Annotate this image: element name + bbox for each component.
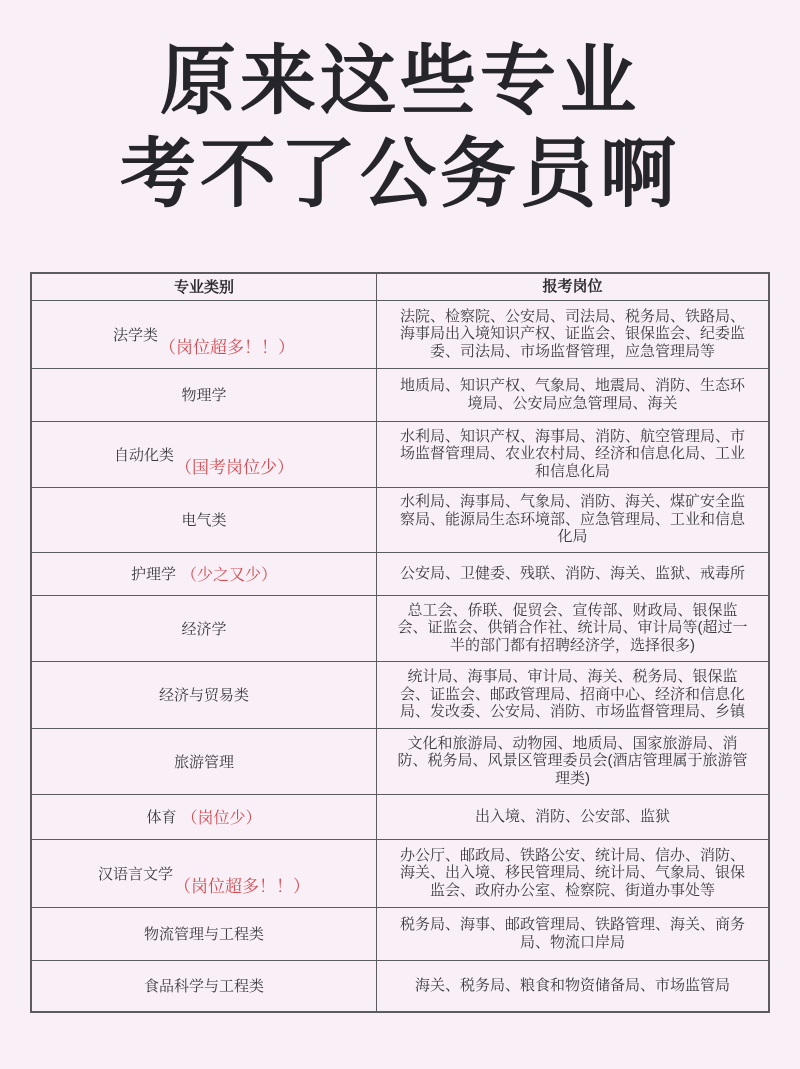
positions-cell: 法院、检察院、公安局、司法局、税务局、铁路局、海事局出入境知识产权、证监会、银保… (377, 301, 768, 368)
positions-cell: 文化和旅游局、动物园、地质局、国家旅游局、消防、税务局、风景区管理委员会(酒店管… (377, 729, 768, 794)
major-category-cell: 电气类 (32, 488, 377, 552)
table-row-food-science: 食品科学与工程类 海关、税务局、粮食和物资储备局、市场监管局 (32, 960, 768, 1011)
page-title-line-2: 考不了公务员啊 (0, 129, 800, 222)
header-major-category: 专业类别 (32, 274, 377, 300)
positions-cell: 统计局、海事局、审计局、海关、税务局、银保监会、证监会、邮政管理局、招商中心、经… (377, 662, 768, 728)
poster-page: { "title": { "line1": "原来这些专业", "line2":… (0, 0, 800, 1069)
major-category-label: 物流管理与工程类 (144, 923, 264, 944)
major-category-label: 旅游管理 (174, 751, 234, 772)
table-row-tourism: 旅游管理 文化和旅游局、动物园、地质局、国家旅游局、消防、税务局、风景区管理委员… (32, 728, 768, 794)
table-row-sports: 体育 （岗位少） 出入境、消防、公安部、监狱 (32, 794, 768, 839)
table-header-row: 专业类别 报考岗位 (32, 274, 768, 300)
major-category-label: 食品科学与工程类 (144, 975, 264, 996)
positions-cell: 税务局、海事、邮政管理局、铁路管理、海关、商务局、物流口岸局 (377, 908, 768, 960)
major-category-cell: 法学类 （岗位超多！！） (32, 301, 377, 368)
positions-cell: 地质局、知识产权、气象局、地震局、消防、生态环境局、公安局应急管理局、海关 (377, 369, 768, 421)
red-annotation: （岗位超多！！） (174, 872, 310, 897)
table-row-chinese-language: 汉语言文学 （岗位超多！！） 办公厅、邮政局、铁路公安、统计局、信办、消防、海关… (32, 839, 768, 907)
red-annotation: （岗位少） (182, 805, 262, 828)
major-category-label: 法学类 (113, 324, 158, 345)
major-category-label: 护理学 (131, 563, 176, 584)
table-row-physics: 物理学 地质局、知识产权、气象局、地震局、消防、生态环境局、公安局应急管理局、海… (32, 368, 768, 421)
major-category-label: 经济学 (181, 618, 226, 639)
table-row-nursing: 护理学 （少之又少） 公安局、卫健委、残联、消防、海关、监狱、戒毒所 (32, 552, 768, 595)
major-category-cell: 自动化类 （国考岗位少） (32, 422, 377, 487)
major-category-label: 电气类 (181, 509, 226, 530)
red-annotation: （岗位超多！！） (159, 333, 295, 358)
positions-cell: 办公厅、邮政局、铁路公安、统计局、信办、消防、海关、出入境、移民管理局、统计局、… (377, 840, 768, 907)
major-category-cell: 汉语言文学 （岗位超多！！） (32, 840, 377, 907)
table-row-logistics: 物流管理与工程类 税务局、海事、邮政管理局、铁路管理、海关、商务局、物流口岸局 (32, 907, 768, 960)
majors-positions-table: 专业类别 报考岗位 法学类 （岗位超多！！） 法院、检察院、公安局、司法局、税务… (30, 272, 770, 1013)
major-category-cell: 经济学 (32, 596, 377, 661)
major-category-cell: 经济与贸易类 (32, 662, 377, 728)
major-category-label: 经济与贸易类 (159, 684, 249, 705)
major-category-label: 物理学 (181, 384, 226, 405)
major-category-cell: 护理学 （少之又少） (32, 553, 377, 595)
positions-cell: 总工会、侨联、促贸会、宣传部、财政局、银保监会、证监会、供销合作社、统计局、审计… (377, 596, 768, 661)
major-category-cell: 物流管理与工程类 (32, 908, 377, 960)
positions-cell: 海关、税务局、粮食和物资储备局、市场监管局 (377, 961, 768, 1011)
positions-cell: 水利局、知识产权、海事局、消防、航空管理局、市场监督管理局、农业农村局、经济和信… (377, 422, 768, 487)
major-category-label: 汉语言文学 (98, 863, 173, 884)
positions-cell: 出入境、消防、公安部、监狱 (377, 795, 768, 839)
major-category-cell: 体育 （岗位少） (32, 795, 377, 839)
positions-cell: 公安局、卫健委、残联、消防、海关、监狱、戒毒所 (377, 553, 768, 595)
major-category-cell: 物理学 (32, 369, 377, 421)
page-title-line-1: 原来这些专业 (0, 36, 800, 129)
red-annotation: （国考岗位少） (175, 453, 294, 478)
page-title: 原来这些专业 考不了公务员啊 (0, 0, 800, 221)
positions-cell: 水利局、海事局、气象局、消防、海关、煤矿安全监察局、能源局生态环境部、应急管理局… (377, 488, 768, 552)
table-row-electrical: 电气类 水利局、海事局、气象局、消防、海关、煤矿安全监察局、能源局生态环境部、应… (32, 487, 768, 552)
table-row-law: 法学类 （岗位超多！！） 法院、检察院、公安局、司法局、税务局、铁路局、海事局出… (32, 300, 768, 368)
table-row-economics: 经济学 总工会、侨联、促贸会、宣传部、财政局、银保监会、证监会、供销合作社、统计… (32, 595, 768, 661)
table-row-automation: 自动化类 （国考岗位少） 水利局、知识产权、海事局、消防、航空管理局、市场监督管… (32, 421, 768, 487)
table-row-economics-trade: 经济与贸易类 统计局、海事局、审计局、海关、税务局、银保监会、证监会、邮政管理局… (32, 661, 768, 728)
major-category-label: 自动化类 (114, 444, 174, 465)
major-category-label: 体育 (146, 806, 176, 827)
major-category-cell: 旅游管理 (32, 729, 377, 794)
major-category-cell: 食品科学与工程类 (32, 961, 377, 1011)
header-positions: 报考岗位 (377, 274, 768, 300)
red-annotation: （少之又少） (181, 562, 277, 585)
